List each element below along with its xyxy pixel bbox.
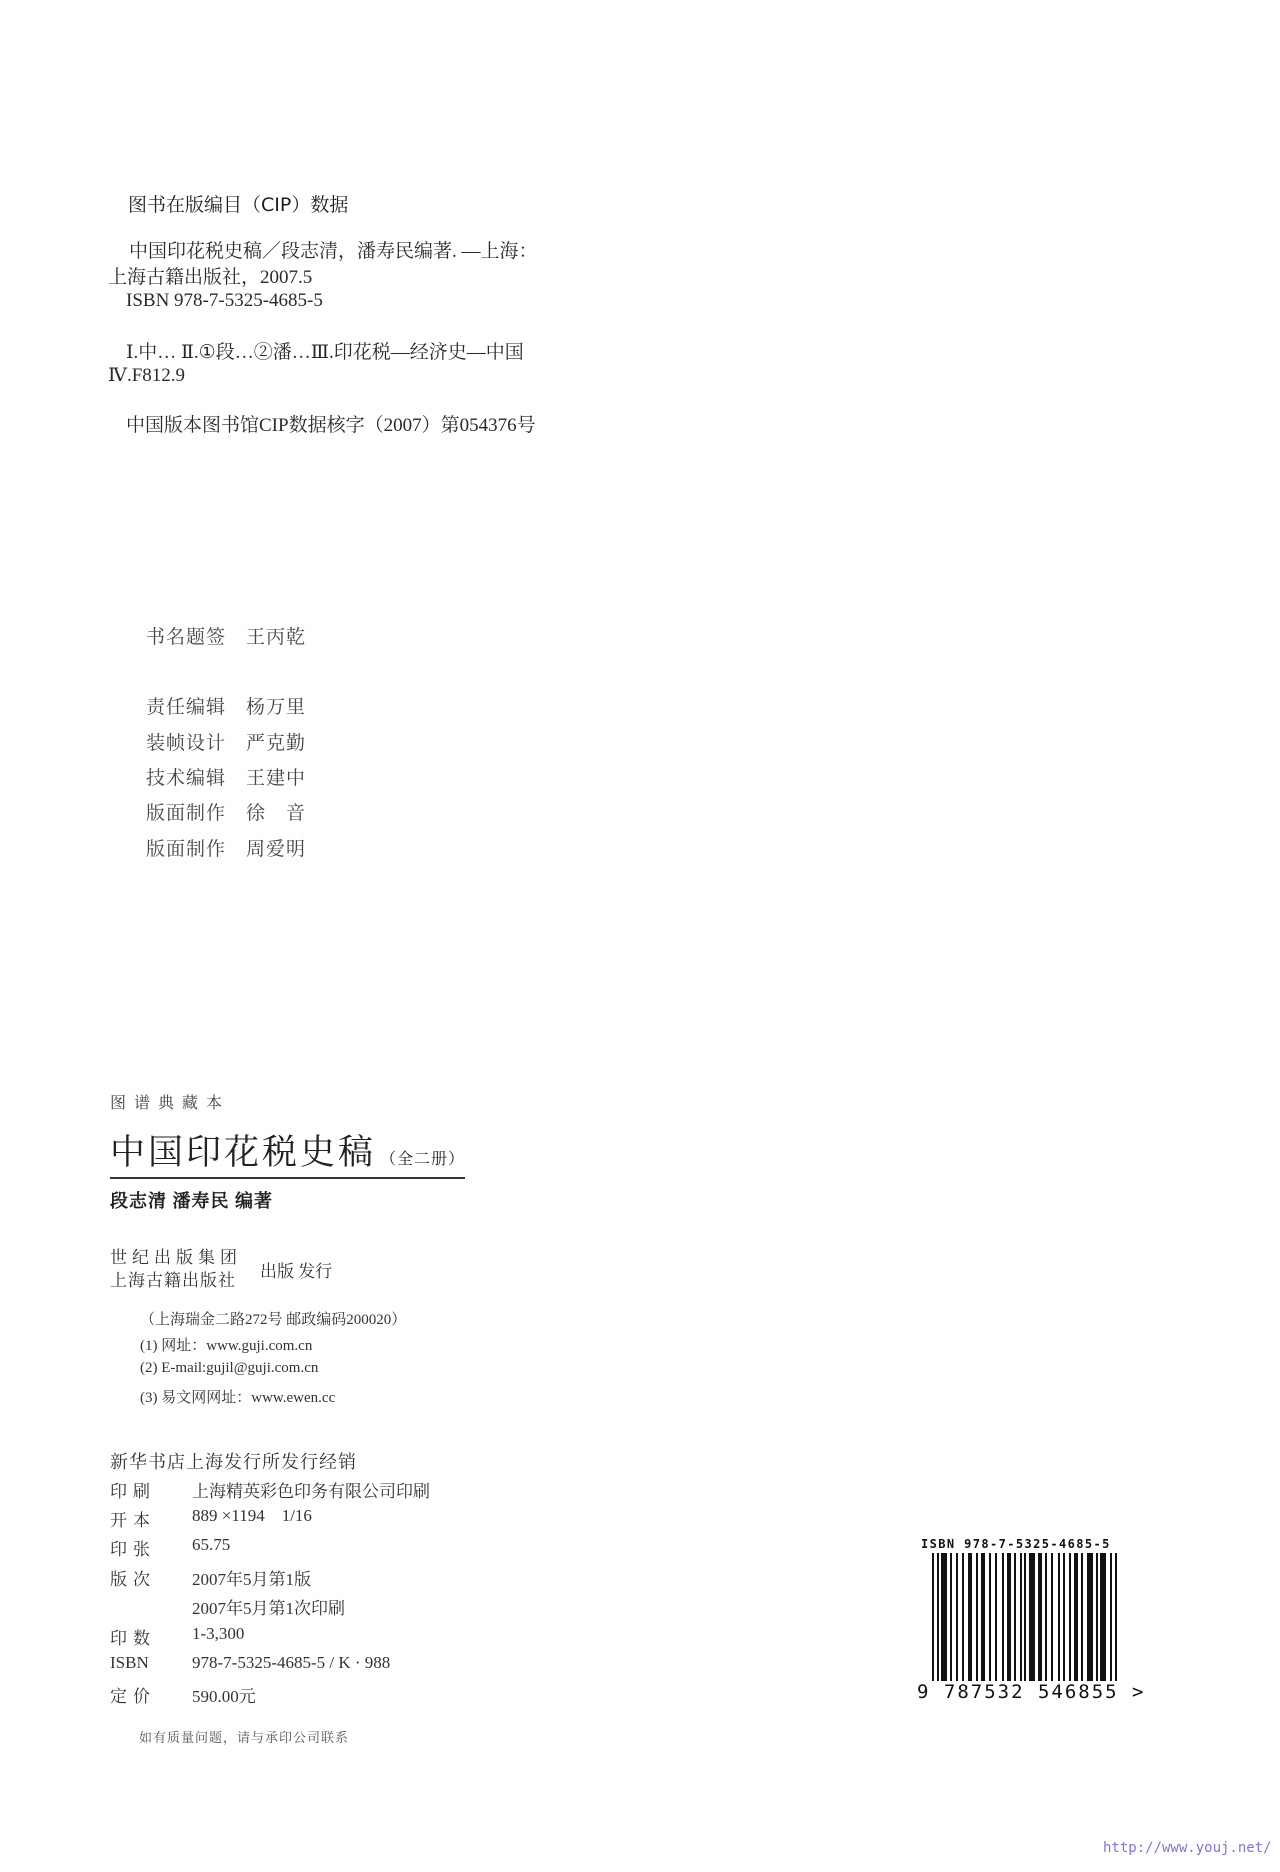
spec-key: 印张 — [110, 1535, 192, 1560]
distributor: 新华书店上海发行所发行经销 — [110, 1448, 357, 1474]
title-rule — [110, 1177, 465, 1179]
credit-row: 责任编辑 杨万里 — [146, 692, 346, 719]
cip-line-publisher: 上海古籍出版社，2007.5 — [108, 262, 312, 289]
credit-row: 书名题签 王丙乾 — [146, 622, 346, 649]
barcode-isbn-label: ISBN 978-7-5325-4685-5 — [921, 1537, 1111, 1551]
quality-note: 如有质量问题，请与承印公司联系 — [139, 1727, 349, 1746]
spec-key: 印刷 — [110, 1477, 192, 1502]
authors: 段志清 潘寿民 编著 — [110, 1187, 273, 1213]
credit-name: 严克勤 — [246, 728, 346, 755]
watermark-link[interactable]: http://www.youj.net/ — [1103, 1840, 1272, 1856]
spec-row: 开本 889 ×1194 1/16 — [110, 1506, 312, 1531]
book-title: 中国印花税史稿（全二册） — [110, 1125, 465, 1175]
barcode-icon — [932, 1553, 1126, 1695]
publisher-address: （上海瑞金二路272号 邮政编码200020） — [140, 1308, 406, 1329]
credit-role: 书名题签 — [146, 622, 246, 649]
cip-line-subjects: Ⅰ.中… Ⅱ.①段…②潘…Ⅲ.印花税—经济史—中国 — [126, 337, 524, 364]
spec-key: 开本 — [110, 1506, 192, 1531]
barcode-digits: 9 787532 546855 > — [917, 1681, 1145, 1703]
credit-role: 版面制作 — [146, 834, 246, 861]
spec-key: 版次 — [110, 1565, 192, 1590]
spec-key: 定价 — [110, 1682, 192, 1707]
spec-value: 2007年5月第1次印刷 — [192, 1594, 345, 1619]
spec-key — [110, 1594, 192, 1619]
spec-row: 印数 1-3,300 — [110, 1624, 244, 1649]
spec-key: 印数 — [110, 1624, 192, 1649]
spec-row: 定价 590.00元 — [110, 1682, 256, 1707]
cip-line-title: 中国印花税史稿／段志清，潘寿民编著. —上海： — [129, 236, 538, 263]
spec-value: 65.75 — [192, 1535, 230, 1560]
email-link[interactable]: (2) E-mail:gujil@guji.com.cn — [140, 1360, 318, 1377]
book-volumes: （全二册） — [380, 1151, 465, 1168]
credit-role: 技术编辑 — [146, 763, 246, 790]
website-link[interactable]: (1) 网址：www.guji.com.cn — [140, 1334, 312, 1355]
publisher: 上海古籍出版社 — [110, 1266, 236, 1291]
cip-line-classification: Ⅳ.F812.9 — [108, 364, 185, 387]
series-name: 图谱典藏本 — [110, 1090, 230, 1113]
book-title-text: 中国印花税史稿 — [110, 1133, 376, 1172]
cip-heading: 图书在版编目（CIP）数据 — [128, 190, 348, 217]
cip-line-verification: 中国版本图书馆CIP数据核字（2007）第054376号 — [126, 410, 536, 437]
spec-value: 889 ×1194 1/16 — [192, 1506, 312, 1531]
spec-row: 印张 65.75 — [110, 1535, 230, 1560]
credit-row: 版面制作 徐 音 — [146, 798, 346, 825]
spec-row: ISBN 978-7-5325-4685-5 / K · 988 — [110, 1653, 390, 1673]
credit-name: 王丙乾 — [246, 622, 346, 649]
spec-value: 上海精英彩色印务有限公司印刷 — [192, 1477, 430, 1502]
spec-key: ISBN — [110, 1653, 192, 1673]
ewen-link[interactable]: (3) 易文网网址：www.ewen.cc — [140, 1386, 335, 1407]
spec-value: 1-3,300 — [192, 1624, 244, 1649]
spec-row: 版次 2007年5月第1版 — [110, 1565, 311, 1590]
credit-role: 版面制作 — [146, 798, 246, 825]
credit-role: 责任编辑 — [146, 692, 246, 719]
credit-name: 王建中 — [246, 763, 346, 790]
credit-name: 徐 音 — [246, 798, 346, 825]
spec-value: 978-7-5325-4685-5 / K · 988 — [192, 1653, 390, 1673]
spec-value: 2007年5月第1版 — [192, 1565, 311, 1590]
publisher-group: 世纪出版集团 — [110, 1243, 242, 1268]
credit-name: 杨万里 — [246, 692, 346, 719]
credit-role: 装帧设计 — [146, 728, 246, 755]
publisher-action: 出版 发行 — [260, 1257, 332, 1282]
credit-row: 技术编辑 王建中 — [146, 763, 346, 790]
credit-name: 周爱明 — [246, 834, 346, 861]
spec-value: 590.00元 — [192, 1682, 256, 1707]
credit-row: 版面制作 周爱明 — [146, 834, 346, 861]
cip-line-isbn: ISBN 978-7-5325-4685-5 — [126, 290, 323, 312]
spec-row: 印刷 上海精英彩色印务有限公司印刷 — [110, 1477, 430, 1502]
credit-row: 装帧设计 严克勤 — [146, 728, 346, 755]
spec-row: 2007年5月第1次印刷 — [110, 1594, 345, 1619]
